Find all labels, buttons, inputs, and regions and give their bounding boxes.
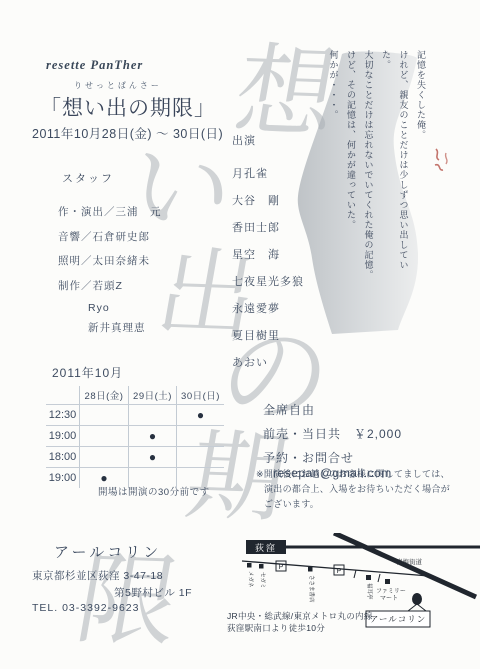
access-info: JR中央・総武線/東京メトロ丸の内線 荻窪駅南口より徒歩10分 bbox=[227, 610, 373, 634]
schedule-time: 12:30 bbox=[46, 404, 79, 425]
intro-line: 記憶を失くした俺。 bbox=[412, 50, 430, 288]
schedule-dot-cell: ● bbox=[128, 425, 176, 446]
staff-line: 照明／太田奈緒未 bbox=[58, 253, 228, 268]
cast-heading: 出演 bbox=[232, 132, 342, 148]
notice-text: ※開演後にお越しのお客様に関してましては、 演出の都合上、入場をお待ちいただく場… bbox=[256, 467, 450, 512]
staff-section: スタッフ 作・演出／三浦 元 音響／石倉研史郎 照明／太田奈緒未 制作／若頭Z … bbox=[58, 170, 228, 341]
convenience-store-marker bbox=[385, 579, 390, 584]
street-tick bbox=[378, 574, 380, 582]
schedule-dot-cell bbox=[128, 404, 176, 425]
shop-marker bbox=[366, 575, 371, 580]
venue-callout-label: アールコリン bbox=[370, 614, 427, 624]
cast-name: 星空 海 bbox=[232, 246, 342, 262]
parking-label: P bbox=[337, 568, 342, 575]
staff-line: 音響／石倉研史郎 bbox=[58, 229, 228, 244]
shop-marker bbox=[259, 564, 264, 569]
schedule-month-label: 2011年10月 bbox=[52, 364, 224, 381]
schedule-dot-cell bbox=[176, 446, 224, 467]
street-tick bbox=[354, 570, 356, 578]
venue-phone: TEL. 03-3392-9623 bbox=[32, 602, 192, 614]
flyer-page: 想 い 出 の 期 限 resette PanTher りせっとぱんさー 「想い… bbox=[0, 0, 480, 669]
shop-marker bbox=[247, 563, 252, 568]
road-label: 青梅街道 bbox=[396, 557, 423, 566]
intro-line: けど、その記憶は、何かが違っていた。 bbox=[342, 50, 360, 288]
venue-section: アールコリン 東京都杉並区荻窪 3-47-18 第5野村ビル 1F TEL. 0… bbox=[32, 541, 192, 614]
notice-line: ※開演後にお越しのお客様に関してましては、 bbox=[256, 467, 450, 482]
cast-name: 大谷 剛 bbox=[232, 192, 342, 208]
staff-heading: スタッフ bbox=[62, 170, 228, 186]
access-line: JR中央・総武線/東京メトロ丸の内線 bbox=[227, 610, 373, 622]
performance-dates: 2011年10月28日(金) ～ 30日(日) bbox=[32, 124, 223, 142]
schedule-col-header: 30日(日) bbox=[176, 386, 224, 404]
venue-marker bbox=[412, 593, 422, 605]
schedule-time: 19:00 bbox=[46, 425, 79, 446]
schedule-corner-cell bbox=[46, 386, 79, 404]
cast-name: 夏目樹里 bbox=[232, 327, 342, 343]
schedule-dot-cell bbox=[79, 446, 128, 467]
intro-line: けれど、親友のことだけは少しずつ思い出していた。 bbox=[377, 50, 412, 288]
notice-line: ございます。 bbox=[256, 497, 450, 512]
contact-label: 予約・お問合せ bbox=[263, 451, 354, 465]
staff-line: 作・演出／三浦 元 bbox=[58, 204, 228, 219]
schedule-dot-cell bbox=[79, 404, 128, 425]
seating-info: 全席自由 bbox=[263, 401, 480, 418]
shop-label: セガミ bbox=[259, 572, 266, 589]
parking-label: P bbox=[279, 564, 284, 571]
venue-address-building: 第5野村ビル 1F bbox=[32, 585, 192, 600]
shop-marker bbox=[308, 567, 313, 572]
staff-line: 新井真理恵 bbox=[58, 320, 228, 335]
cast-name: 七夜星光多狼 bbox=[232, 273, 342, 289]
staff-line: Ryo bbox=[58, 302, 228, 314]
convenience-store-label: ファミリー bbox=[376, 588, 406, 595]
schedule-dot-cell: ● bbox=[176, 404, 224, 425]
price-info: 前売・当日共 ￥2,000 bbox=[263, 425, 480, 442]
shop-label: ささま書店 bbox=[308, 575, 316, 603]
schedule-dot-cell: ● bbox=[128, 446, 176, 467]
station-label: 荻窪 bbox=[255, 542, 277, 553]
cast-name: 永遠愛夢 bbox=[232, 300, 342, 316]
intro-line: 大切なことだけは忘れないでいてくれた俺の記憶。 bbox=[359, 50, 377, 288]
venue-address: 東京都杉並区荻窪 3-47-18 bbox=[32, 568, 192, 583]
page-title: 「想い出の期限」 bbox=[40, 92, 216, 122]
staff-line: 制作／若頭Z bbox=[58, 278, 228, 293]
schedule-table: 28日(金) 29日(土) 30日(日) 12:30 ● 19:00 ● 18:… bbox=[46, 386, 224, 488]
convenience-store-label: マート bbox=[380, 595, 398, 602]
schedule-note: 開場は開演の30分前です bbox=[98, 484, 210, 498]
company-name: resette PanTher bbox=[46, 58, 143, 73]
cast-name: 月孔雀 bbox=[232, 165, 342, 181]
schedule-dot-cell bbox=[176, 425, 224, 446]
cast-name: 香田士郎 bbox=[232, 219, 342, 235]
venue-callout-tail bbox=[408, 604, 426, 611]
shop-label: メガネ bbox=[247, 571, 255, 588]
cast-section: 出演 月孔雀 大谷 剛 香田士郎 星空 海 七夜星光多狼 永遠愛夢 夏目樹里 あ… bbox=[232, 132, 342, 381]
notice-line: 演出の都合上、入場をお待ちいただく場合が bbox=[256, 482, 450, 497]
red-stamp-mark bbox=[430, 145, 454, 181]
schedule-dot-cell bbox=[79, 425, 128, 446]
schedule-col-header: 28日(金) bbox=[79, 386, 128, 404]
schedule-time: 18:00 bbox=[46, 446, 79, 467]
schedule-col-header: 29日(土) bbox=[128, 386, 176, 404]
schedule-section: 2011年10月 28日(金) 29日(土) 30日(日) 12:30 ● 19… bbox=[46, 364, 224, 488]
cast-name: あおい bbox=[232, 354, 342, 370]
shop-label: 福耳亭 bbox=[366, 583, 374, 600]
schedule-time: 19:00 bbox=[46, 467, 79, 488]
venue-name: アールコリン bbox=[54, 541, 192, 562]
access-line: 荻窪駅南口より徒歩10分 bbox=[227, 622, 373, 634]
company-furigana: りせっとぱんさー bbox=[74, 80, 162, 91]
